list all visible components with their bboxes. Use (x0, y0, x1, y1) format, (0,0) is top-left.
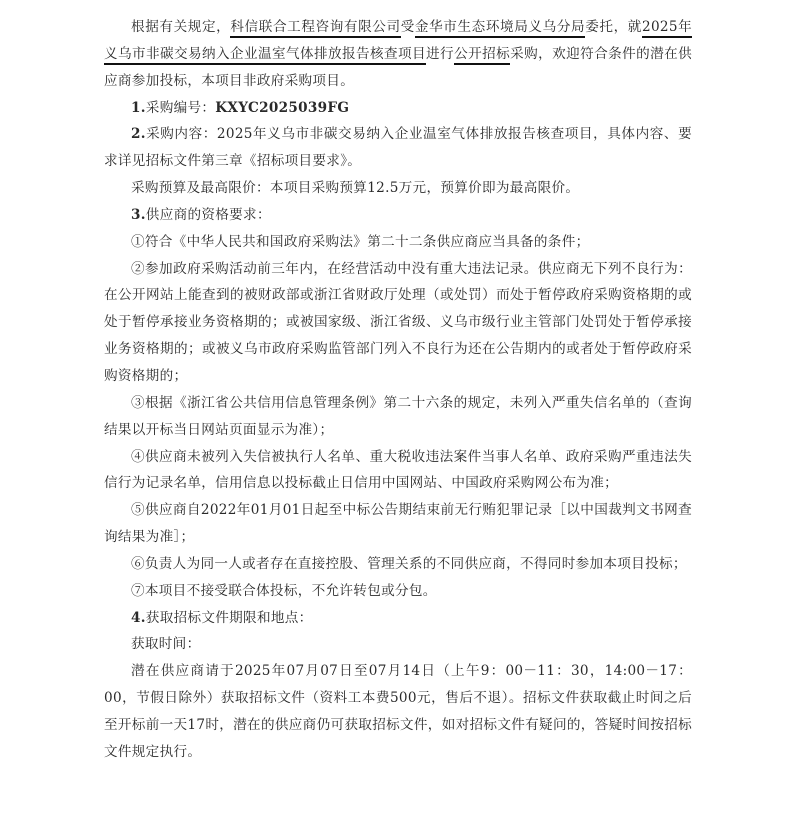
item-2-text: 采购内容：2025年义乌市非碳交易纳入企业温室气体排放报告核查项目，具体内容、要… (104, 126, 692, 169)
procurement-code: KXYC2025039FG (215, 100, 349, 116)
item-1-label: 1. (131, 100, 146, 116)
document-page: 根据有关规定，科信联合工程咨询有限公司受金华市生态环境局义乌分局委托，就2025… (104, 14, 692, 766)
item-3-label: 3. (131, 207, 146, 223)
qualification-heading: 3.供应商的资格要求： (104, 202, 692, 229)
requirement-4: ④供应商未被列入失信被执行人名单、重大税收违法案件当事人名单、政府采购严重违法失… (104, 444, 692, 498)
requirement-7: ⑦本项目不接受联合体投标，不允许转包或分包。 (104, 578, 692, 605)
item-1-text: 采购编号： (146, 100, 215, 116)
requirement-5: ⑤供应商自2022年01月01日起至中标公告期结束前无行贿犯罪记录［以中国裁判文… (104, 497, 692, 551)
client-name: 金华市生态环境局义乌分局 (415, 19, 585, 38)
requirement-1: ①符合《中华人民共和国政府采购法》第二十二条供应商应当具备的条件； (104, 229, 692, 256)
intro-paragraph: 根据有关规定，科信联合工程咨询有限公司受金华市生态环境局义乌分局委托，就2025… (104, 14, 692, 95)
procurement-method: 公开招标 (454, 46, 510, 65)
intro-mid3: 进行 (426, 46, 454, 62)
requirement-3: ③根据《浙江省公共信用信息管理条例》第二十六条的规定，未列入严重失信名单的（查询… (104, 390, 692, 444)
intro-mid2: 委托，就 (585, 19, 642, 35)
agency-name: 科信联合工程咨询有限公司 (230, 19, 400, 38)
acquisition-time-text: 潜在供应商请于2025年07月07日至07月14日（上午9：00－11：30，1… (104, 658, 692, 765)
requirement-6: ⑥负责人为同一人或者存在直接控股、管理关系的不同供应商，不得同时参加本项目投标； (104, 551, 692, 578)
intro-prefix: 根据有关规定， (131, 19, 230, 35)
document-acquisition-heading: 4.获取招标文件期限和地点： (104, 605, 692, 632)
acquisition-time-label: 获取时间： (104, 631, 692, 658)
budget-line: 采购预算及最高限价：本项目采购预算12.5万元，预算价即为最高限价。 (104, 175, 692, 202)
requirement-2: ②参加政府采购活动前三年内，在经营活动中没有重大违法记录。供应商无下列不良行为：… (104, 256, 692, 390)
procurement-content: 2.采购内容：2025年义乌市非碳交易纳入企业温室气体排放报告核查项目，具体内容… (104, 121, 692, 175)
item-4-text: 获取招标文件期限和地点： (146, 610, 313, 626)
item-2-label: 2. (131, 126, 146, 142)
intro-mid1: 受 (401, 19, 415, 35)
procurement-number: 1.采购编号：KXYC2025039FG (104, 95, 692, 122)
item-4-label: 4. (131, 610, 146, 626)
item-3-text: 供应商的资格要求： (146, 207, 271, 223)
